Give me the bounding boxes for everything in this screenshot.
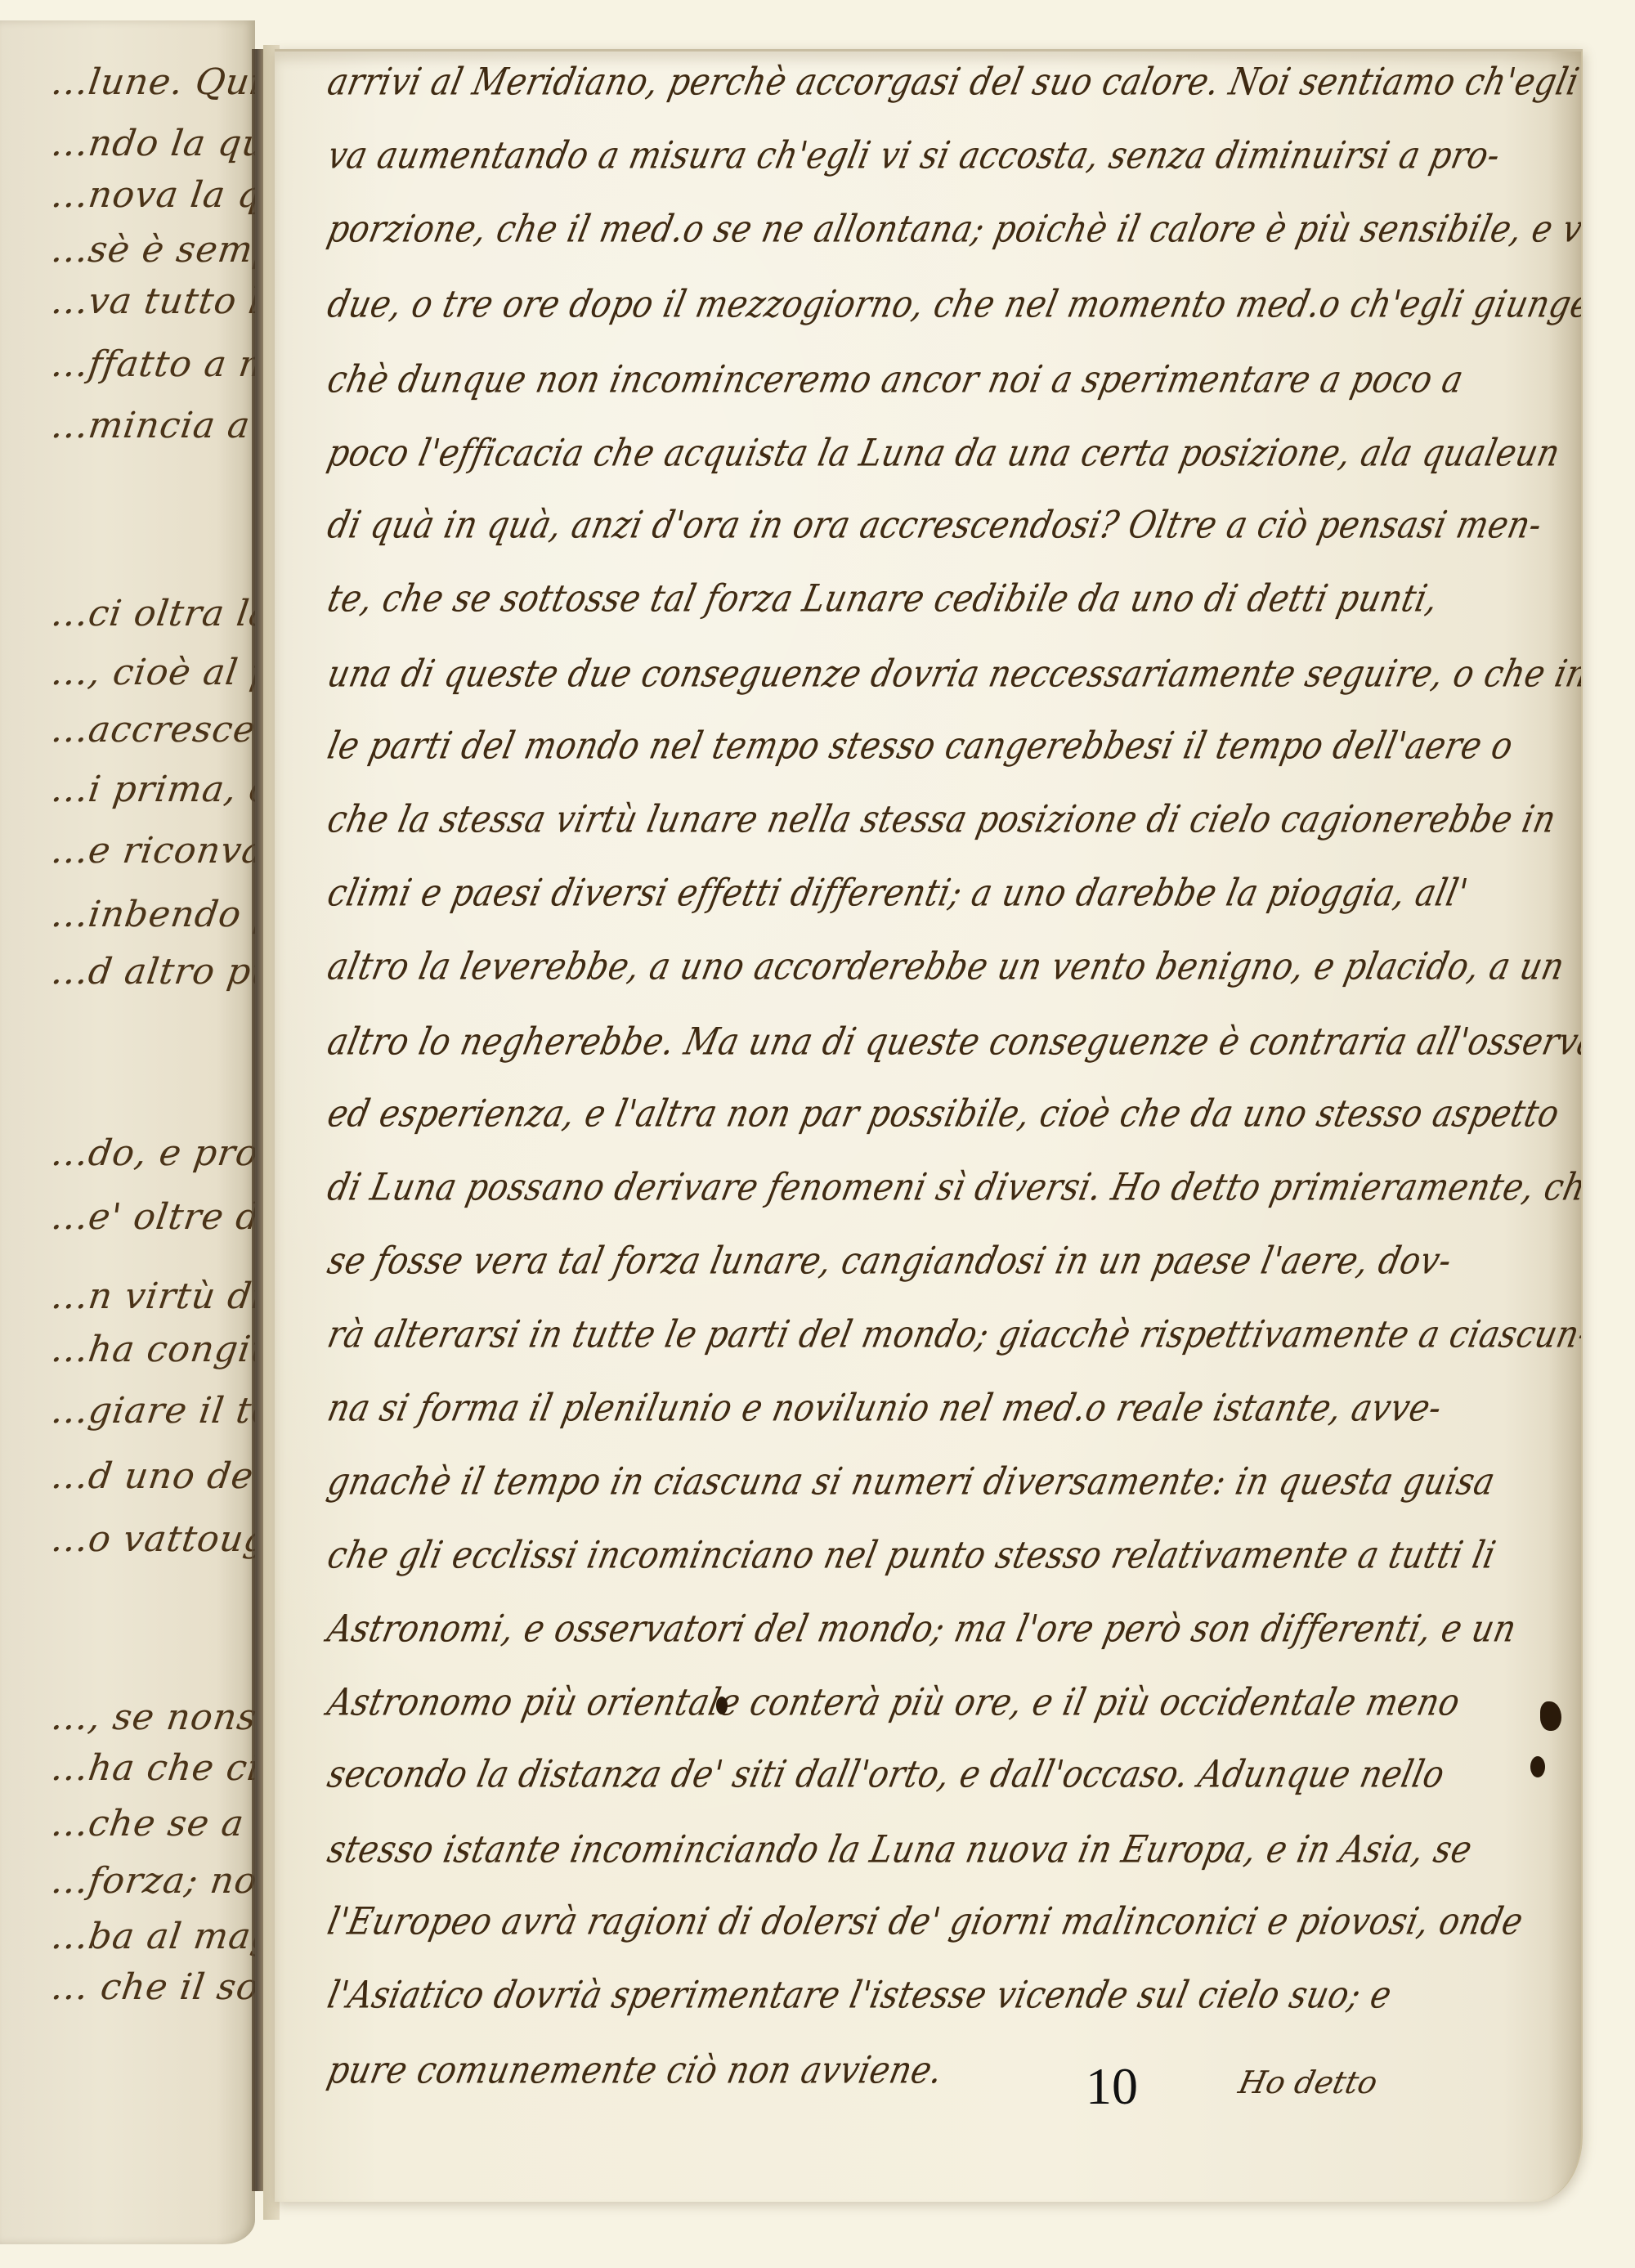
folio-number: 10 (1086, 2056, 1138, 2117)
left-line: ...forza; non (49, 1860, 228, 1902)
manuscript-line: di Luna possano derivare fenomeni sì div… (324, 1166, 1583, 1209)
manuscript-line: na si forma il plenilunio e novilunio ne… (324, 1387, 1445, 1430)
left-line: ...inbendo per- (49, 894, 228, 935)
left-line: ..., cioè al ple- (49, 652, 228, 693)
manuscript-line: se fosse vera tal forza lunare, cangiand… (324, 1239, 1456, 1283)
left-line: ...che se a (49, 1803, 228, 1844)
manuscript-line: arrivi al Meridiano, perchè accorgasi de… (324, 61, 1583, 104)
manuscript-line: l'Asiatico dovrià sperimentare l'istesse… (324, 1974, 1395, 2017)
manuscript-line: porzione, che il med.o se ne allontana; … (324, 208, 1583, 251)
left-line: ...giare il tem- (49, 1390, 228, 1432)
manuscript-line: rà alterarsi in tutte le parti del mondo… (324, 1313, 1583, 1356)
left-line: ...accrescendosi (49, 709, 228, 751)
right-page: arrivi al Meridiano, perchè accorgasi de… (275, 49, 1583, 2202)
manuscript-line: climi e paesi diversi effetti differenti… (324, 872, 1471, 915)
left-line: ...do, e proced- (49, 1132, 228, 1174)
left-line: ...lune. Quindi di (49, 61, 228, 103)
manuscript-line: Astronomo più orientale conterà più ore,… (324, 1681, 1464, 1724)
left-line: ...e' oltre di (49, 1196, 228, 1238)
manuscript-line: secondo la distanza de' siti dall'orto, … (324, 1753, 1449, 1796)
manuscript-line: ed esperienza, e l'altra non par possibi… (324, 1092, 1563, 1136)
manuscript-line: poco l'efficacia che acquista la Luna da… (324, 432, 1564, 475)
ink-blot (716, 1697, 728, 1714)
manuscript-line: l'Europeo avrà ragioni di dolersi de' gi… (324, 1900, 1527, 1943)
manuscript-line: una di queste due conseguenze dovria nec… (324, 652, 1583, 696)
left-line: ...d altro punto (49, 951, 228, 993)
ink-blot (1530, 1756, 1545, 1777)
manuscript-spread: ...lune. Quindi di ...ndo la questa ...n… (0, 0, 1635, 2268)
manuscript-line: di quà in quà, anzi d'ora in ora accresc… (324, 504, 1546, 547)
left-line: ..., se nonse (49, 1697, 228, 1738)
left-page: ...lune. Quindi di ...ndo la questa ...n… (0, 20, 255, 2244)
manuscript-line: stesso istante incominciando la Luna nuo… (324, 1828, 1476, 1871)
catchword: Ho detto (1235, 2064, 1381, 2100)
manuscript-line: Astronomi, e osservatori del mondo; ma l… (324, 1607, 1521, 1651)
left-line: ...sè è sempre (49, 229, 228, 271)
left-line: ...va tutto l'el- (49, 280, 228, 322)
manuscript-line: che la stessa virtù lunare nella stessa … (324, 798, 1560, 841)
manuscript-line: va aumentando a misura ch'egli vi si acc… (324, 134, 1504, 177)
left-line: ...ba al maggi- (49, 1916, 228, 1957)
binding-gutter (252, 49, 263, 2191)
left-line: ...ha che ciò (49, 1747, 228, 1789)
left-line: ...ci oltra la (49, 593, 228, 634)
manuscript-line: pure comunemente ciò non avviene. (324, 2049, 947, 2092)
manuscript-line: gnachè il tempo in ciascuna si numeri di… (324, 1460, 1498, 1504)
left-line: ...n virtù di che (49, 1275, 228, 1317)
left-line: ...ndo la questa (49, 123, 228, 164)
manuscript-line: due, o tre ore dopo il mezzogiorno, che … (324, 283, 1583, 326)
left-line: ...d uno de det- (49, 1455, 228, 1497)
left-line: ... che il sole (49, 1966, 228, 2008)
manuscript-line: chè dunque non incominceremo ancor noi a… (324, 358, 1467, 401)
left-line: ...ha congiue (49, 1329, 228, 1370)
left-line: ...o vattoughe (49, 1518, 228, 1560)
manuscript-line: altro la leverebbe, a uno accorderebbe u… (324, 945, 1568, 988)
left-line: ...mincia a noi (49, 405, 228, 446)
ink-blot (1540, 1701, 1561, 1731)
left-line: ...nova la questa (49, 174, 228, 216)
manuscript-line: che gli ecclissi incominciano nel punto … (324, 1534, 1499, 1577)
left-line: ...i prima, cioè (49, 769, 228, 810)
manuscript-line: le parti del mondo nel tempo stesso cang… (324, 724, 1517, 768)
manuscript-line: altro lo negherebbe. Ma una di queste co… (324, 1020, 1583, 1064)
manuscript-line: te, che se sottosse tal forza Lunare ced… (324, 577, 1442, 621)
left-line: ...ffatto a noi (49, 343, 228, 385)
left-line: ...e riconvan- (49, 830, 228, 872)
